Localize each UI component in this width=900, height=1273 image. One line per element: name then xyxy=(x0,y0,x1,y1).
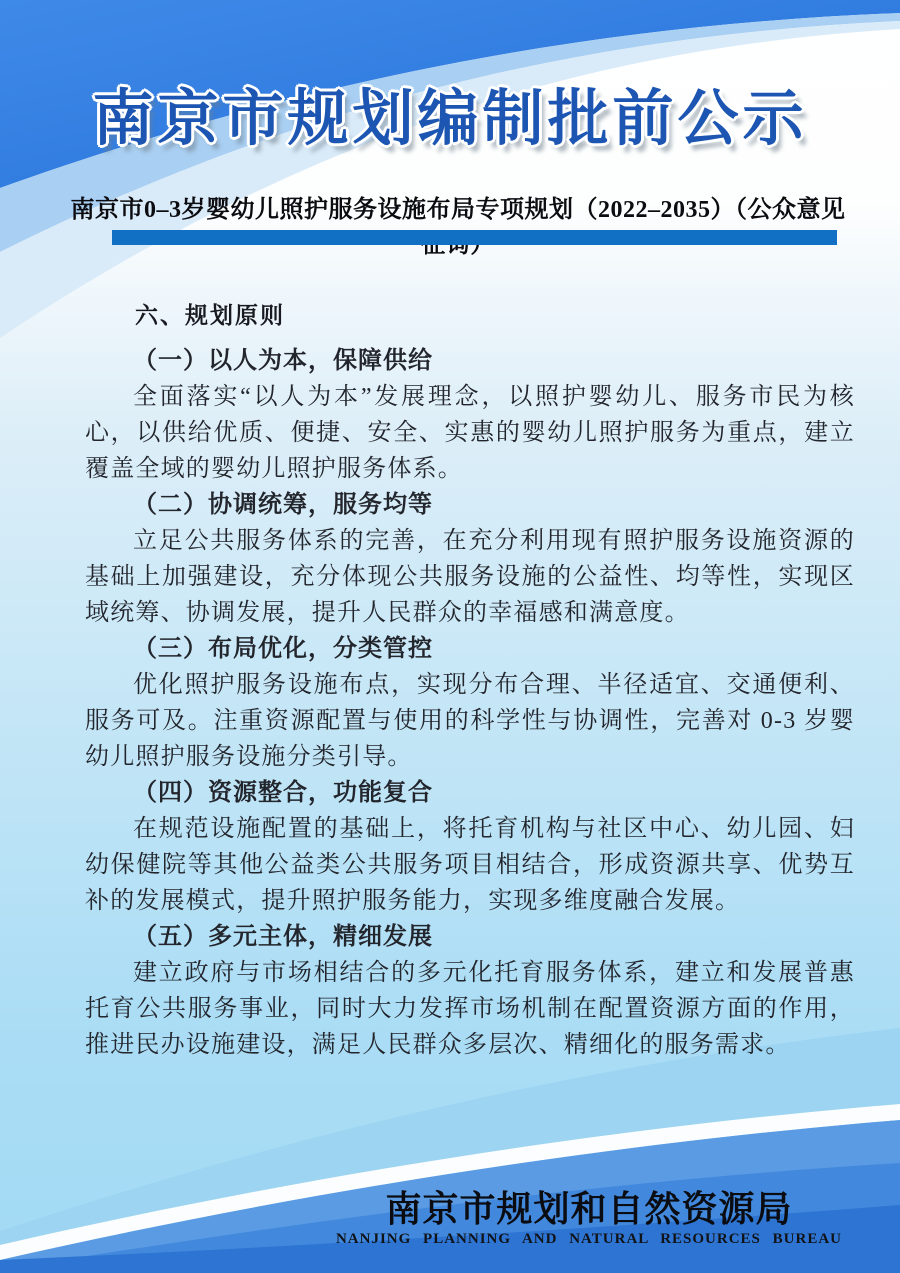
principle-section-2: （二）协调统筹，服务均等 立足公共服务体系的完善，在充分利用现有照护服务设施资源… xyxy=(85,487,855,631)
principle-section-1: （一）以人为本，保障供给 全面落实“以人为本”发展理念，以照护婴幼儿、服务市民为… xyxy=(85,343,855,487)
document-body: 六、规划原则 （一）以人为本，保障供给 全面落实“以人为本”发展理念，以照护婴幼… xyxy=(85,297,855,1063)
principle-paragraph: 优化照护服务设施布点，实现分布合理、半径适宜、交通便利、服务可及。注重资源配置与… xyxy=(85,667,855,775)
header-swoosh-graphic xyxy=(0,0,900,340)
principle-heading: （四）资源整合，功能复合 xyxy=(85,775,855,811)
principle-section-3: （三）布局优化，分类管控 优化照护服务设施布点，实现分布合理、半径适宜、交通便利… xyxy=(85,631,855,775)
principle-section-4: （四）资源整合，功能复合 在规范设施配置的基础上，将托育机构与社区中心、幼儿园、… xyxy=(85,775,855,919)
principle-heading: （二）协调统筹，服务均等 xyxy=(85,487,855,523)
bureau-name-en: NANJING PLANNING AND NATURAL RESOURCES B… xyxy=(336,1231,842,1248)
principle-paragraph: 立足公共服务体系的完善，在充分利用现有照护服务设施资源的基础上加强建设，充分体现… xyxy=(85,523,855,631)
header-band-pale xyxy=(0,21,900,338)
bureau-signature: 南京市规划和自然资源局 NANJING PLANNING AND NATURAL… xyxy=(336,1189,842,1248)
principle-heading: （五）多元主体，精细发展 xyxy=(85,919,855,955)
principle-heading: （一）以人为本，保障供给 xyxy=(85,343,855,379)
public-notice-page: 南京市规划编制批前公示 南京市0–3岁婴幼儿照护服务设施布局专项规划（2022–… xyxy=(0,0,900,1273)
principle-section-5: （五）多元主体，精细发展 建立政府与市场相结合的多元化托育服务体系，建立和发展普… xyxy=(85,919,855,1063)
section-heading: 六、规划原则 xyxy=(85,297,855,333)
principle-paragraph: 全面落实“以人为本”发展理念，以照护婴幼儿、服务市民为核心，以供给优质、便捷、安… xyxy=(85,379,855,487)
principle-heading: （三）布局优化，分类管控 xyxy=(85,631,855,667)
page-title: 南京市规划编制批前公示 xyxy=(0,70,900,157)
principle-paragraph: 在规范设施配置的基础上，将托育机构与社区中心、幼儿园、妇幼保健院等其他公益类公共… xyxy=(85,811,855,919)
subtitle-divider-bar xyxy=(112,230,837,245)
principle-paragraph: 建立政府与市场相结合的多元化托育服务体系，建立和发展普惠托育公共服务事业，同时大… xyxy=(85,955,855,1063)
bureau-name-cn: 南京市规划和自然资源局 xyxy=(336,1189,842,1229)
plan-subtitle: 南京市0–3岁婴幼儿照护服务设施布局专项规划（2022–2035）（公众意见征询… xyxy=(70,189,846,259)
